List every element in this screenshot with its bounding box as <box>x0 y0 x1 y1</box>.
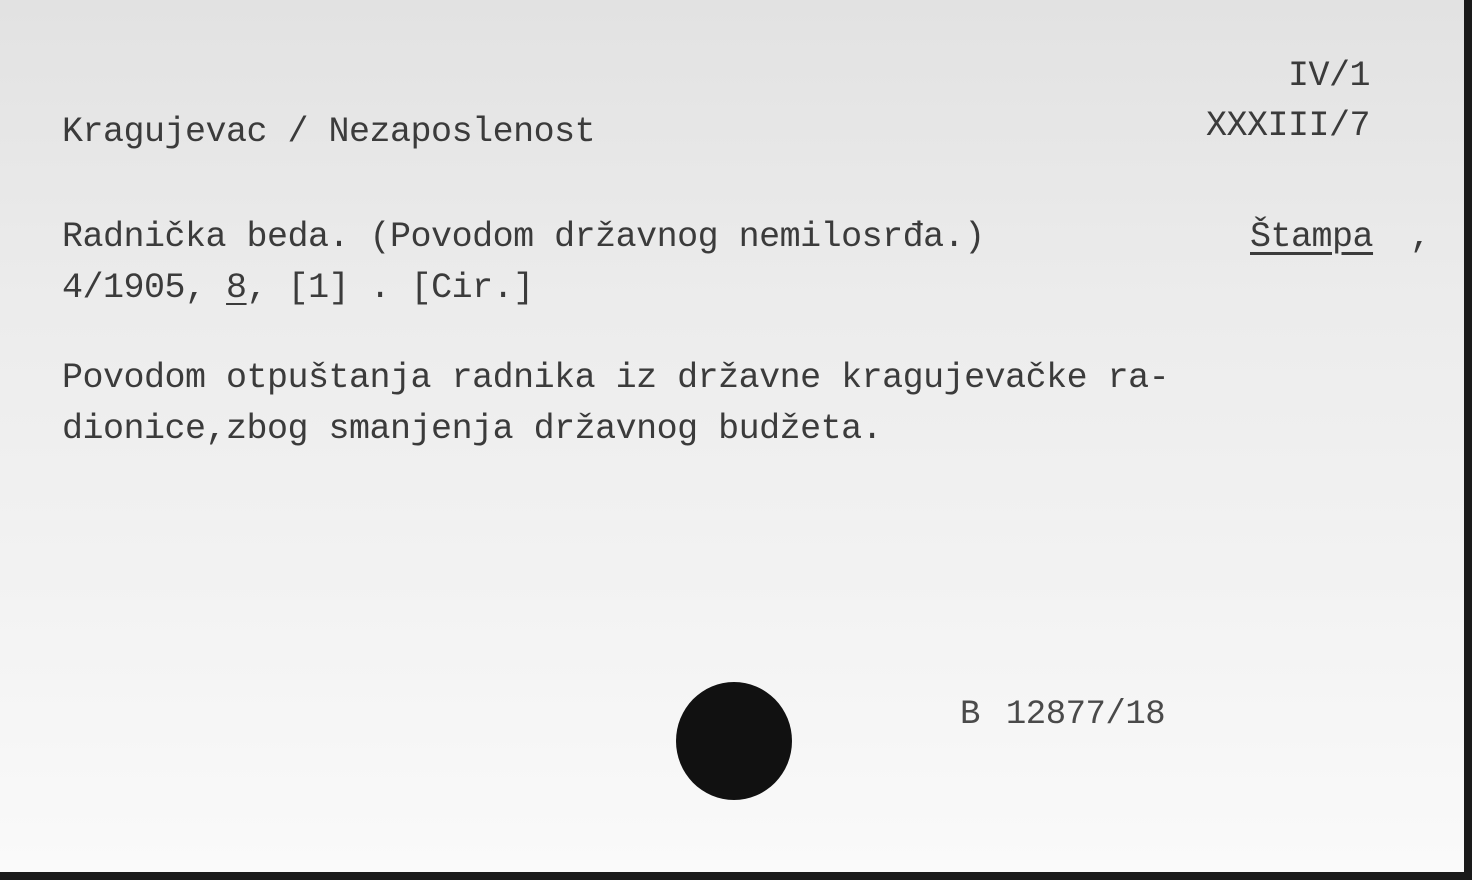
entry-issue: 4/1905 <box>62 268 185 308</box>
abstract-line: Povodom otpuštanja radnika iz državne kr… <box>62 358 1169 398</box>
call-number-2: XXXIII/7 <box>1206 106 1370 146</box>
reference-number: B12877/18 <box>960 696 1165 734</box>
call-number-1: IV/1 <box>1288 56 1370 96</box>
entry-script-note: [Cir.] <box>411 268 534 308</box>
entry-details: 4/1905, 8, [1] . [Cir.] <box>62 268 534 308</box>
reference-id: 12877/18 <box>1006 696 1165 734</box>
entry-source-punct: , <box>1410 217 1431 257</box>
entry-number: 8 <box>226 268 247 308</box>
punch-hole-dot <box>676 682 792 800</box>
entry-source: Štampa <box>1250 217 1373 257</box>
entry-title: Radnička beda. (Povodom državnog nemilos… <box>62 217 985 257</box>
abstract-line: dionice,zbog smanjenja državnog budžeta. <box>62 409 882 449</box>
entry-pages: [1] <box>288 268 350 308</box>
catalog-card: Kragujevac / Nezaposlenost IV/1 XXXIII/7… <box>0 0 1464 872</box>
reference-prefix: B <box>960 696 980 734</box>
card-heading: Kragujevac / Nezaposlenost <box>62 112 595 152</box>
